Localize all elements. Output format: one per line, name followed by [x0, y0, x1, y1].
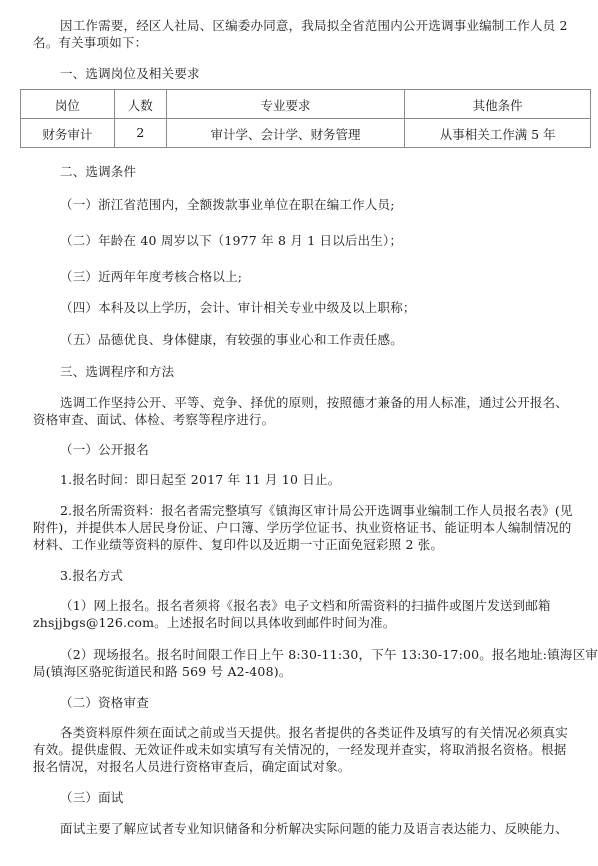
condition-item: （四）本科及以上学历，会计、审计相关专业中级及以上职称；: [60, 299, 598, 316]
condition-item: （五）品德优良、身体健康，有较强的事业心和工作责任感。: [60, 331, 598, 348]
onsite-registration-line-2: 局(镇海区骆驼街道民和路 569 号 A2-408)。: [33, 663, 588, 680]
position-requirements-table: 岗位 人数 专业要求 其他条件 财务审计 2 审计学、会计学、财务管理 从事相关…: [20, 89, 591, 148]
table-header-cell: 专业要求: [166, 90, 405, 119]
section2-heading: 二、选调条件: [33, 163, 588, 180]
subsection-heading-qualification: （二）资格审查: [60, 694, 598, 711]
table-header-row: 岗位 人数 专业要求 其他条件: [21, 90, 591, 119]
section1-heading: 一、选调岗位及相关要求: [33, 65, 588, 82]
table-cell: 财务审计: [21, 119, 115, 148]
condition-item: （一）浙江省范围内，全额拨款事业单位在职在编工作人员;: [60, 196, 598, 213]
table-cell: 2: [114, 119, 166, 148]
qualification-line-2: 有效。提供虚假、无效证件或未如实填写有关情况的，一经发现并查实，将取消报名资格。…: [33, 741, 588, 758]
registration-materials-line-3: 材料、工作业绩等资料的原件、复印件以及近期一寸正面免冠彩照 2 张。: [33, 536, 588, 553]
online-registration-line-1: （1）网上报名。报名者须将《报名表》电子文档和所需资料的扫描件或图片发送到邮箱: [33, 597, 588, 614]
online-registration-line-2: zhsjjbgs@126.com。上述报名时间以具体收到邮件时间为准。: [33, 614, 588, 631]
condition-item: （二）年龄在 40 周岁以下（1977 年 8 月 1 日以后出生）；: [60, 232, 598, 249]
table-cell: 从事相关工作满 5 年: [405, 119, 591, 148]
qualification-line-1: 各类资料原件须在面试之前或当天提供。报名者提供的各类证件及填写的有关情况必须真实: [33, 724, 588, 741]
intro-line-1: 因工作需要，经区人社局、区编委办同意，我局拟全省范围内公开选调事业编制工作人员 …: [33, 17, 588, 34]
registration-time: 1.报名时间：即日起至 2017 年 11 月 10 日止。: [33, 471, 588, 488]
table-cell: 审计学、会计学、财务管理: [166, 119, 405, 148]
table-header-cell: 其他条件: [405, 90, 591, 119]
registration-materials-line-1: 2.报名所需资料：报名者需完整填写《镇海区审计局公开选调事业编制工作人员报名表》…: [33, 502, 588, 519]
onsite-registration-line-1: （2）现场报名。报名时间限工作日上午 8:30-11:30，下午 13:30-1…: [33, 646, 588, 663]
subsection-heading-interview: （三）面试: [60, 789, 598, 806]
intro-line-2: 名。有关事项如下：: [33, 34, 588, 51]
section3-intro-line-1: 选调工作坚持公开、平等、竞争、择优的原则，按照德才兼备的用人标准，通过公开报名、: [33, 394, 588, 411]
section3-intro-line-2: 资格审查、面试、体检、考察等程序进行。: [33, 411, 588, 428]
interview-line-1: 面试主要了解应试者专业知识储备和分析解决实际问题的能力及语言表达能力、反映能力、: [33, 820, 588, 837]
registration-method-heading: 3.报名方式: [33, 567, 588, 584]
subsection-heading-registration: （一）公开报名: [60, 441, 598, 458]
table-row: 财务审计 2 审计学、会计学、财务管理 从事相关工作满 5 年: [21, 119, 591, 148]
qualification-line-3: 报名情况，对报名人员进行资格审查后，确定面试对象。: [33, 758, 588, 775]
registration-materials-line-2: 附件)，并提供本人居民身份证、户口簿、学历学位证书、执业资格证书、能证明本人编制…: [33, 519, 588, 536]
table-header-cell: 岗位: [21, 90, 115, 119]
condition-item: （三）近两年年度考核合格以上;: [60, 268, 598, 285]
section3-heading: 三、选调程序和方法: [33, 363, 588, 380]
table-header-cell: 人数: [114, 90, 166, 119]
